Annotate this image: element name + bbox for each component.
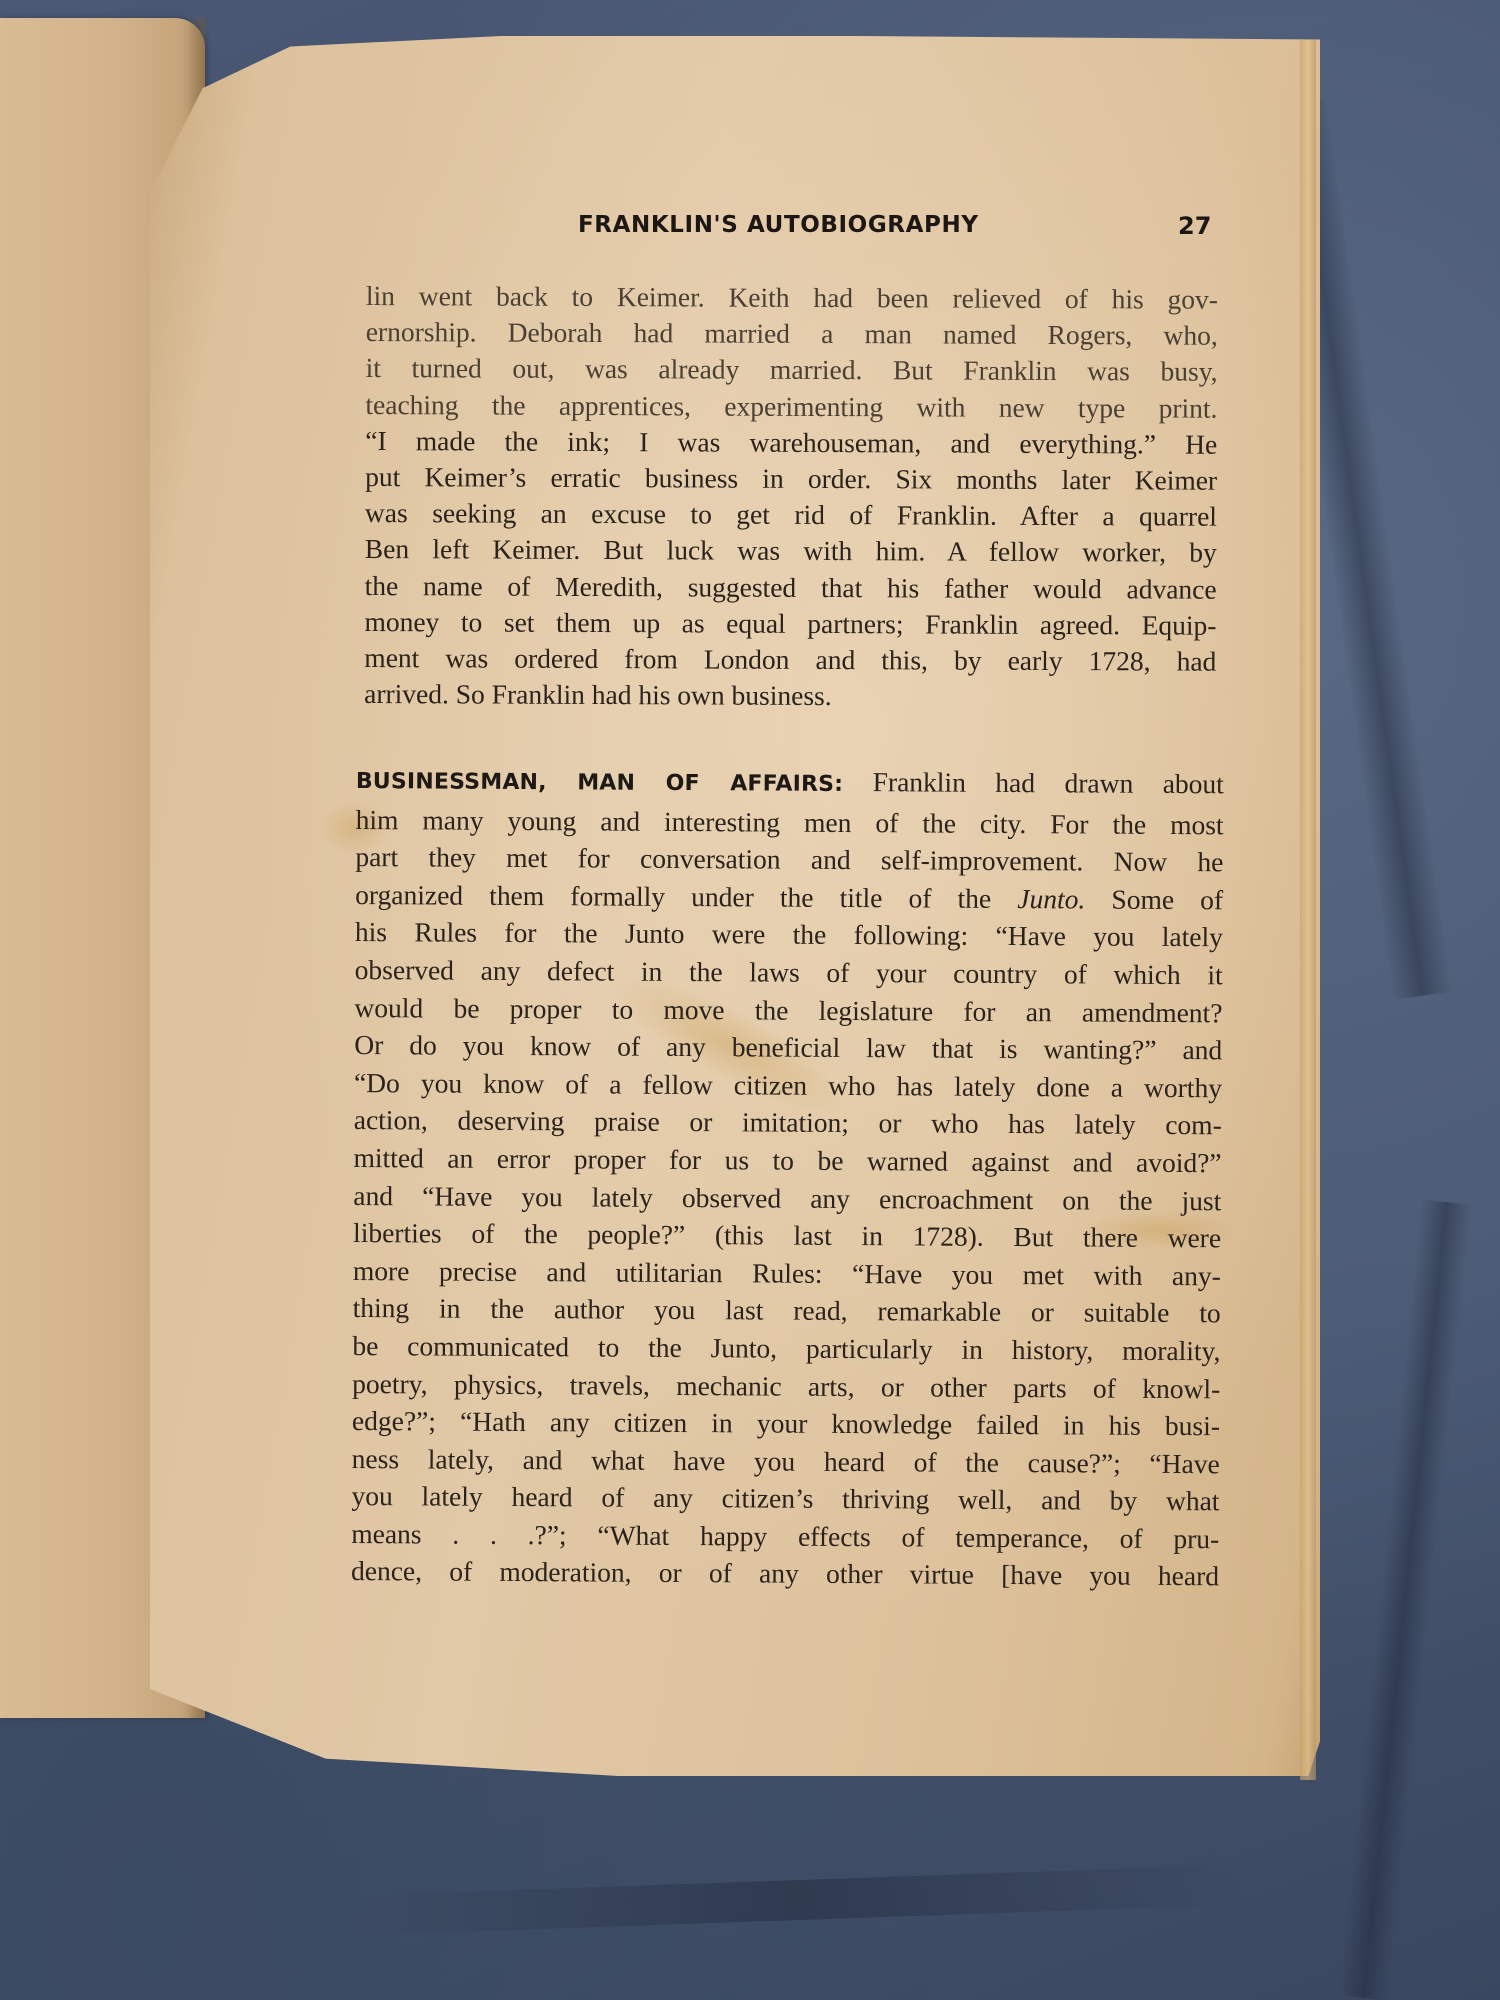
text-line: liberties of the people?” (this last in …	[353, 1214, 1221, 1257]
text-fragment: Some of	[1085, 883, 1223, 915]
text-line: Ben left Keimer. But luck was with him. …	[365, 531, 1217, 571]
text-line: put Keimer’s erratic business in order. …	[365, 459, 1217, 499]
text-line: his Rules for the Junto were the followi…	[355, 913, 1223, 956]
text-line: thing in the author you last read, remar…	[353, 1289, 1221, 1332]
text-line: Or do you know of any beneficial law tha…	[354, 1026, 1222, 1069]
section-businessman: BUSINESSMAN, MAN OF AFFAIRS: Franklin ha…	[351, 760, 1224, 1595]
text-line: and “Have you lately observed any encroa…	[353, 1177, 1221, 1220]
text-line: ernorship. Deborah had married a man nam…	[366, 314, 1218, 354]
text-line: more precise and utilitarian Rules: “Hav…	[353, 1252, 1221, 1295]
text-line: means . . .?”; “What happy effects of te…	[351, 1515, 1219, 1558]
text-line: was seeking an excuse to get rid of Fran…	[365, 495, 1217, 535]
text-line: the name of Meredith, suggested that his…	[365, 568, 1217, 608]
text-line: him many young and interesting men of th…	[356, 801, 1224, 844]
section-heading: BUSINESSMAN, MAN OF AFFAIRS:	[356, 769, 843, 797]
text-line: ment was ordered from London and this, b…	[364, 640, 1216, 680]
italic-term: Junto.	[1017, 883, 1085, 914]
text-line: action, deserving praise or imitation; o…	[354, 1101, 1222, 1144]
section-first-line: BUSINESSMAN, MAN OF AFFAIRS: Franklin ha…	[356, 760, 1224, 806]
text-line: you lately heard of any citizen’s thrivi…	[351, 1477, 1219, 1520]
fabric-fold	[1338, 1200, 1471, 2000]
text-fragment: organized them formally under the title …	[355, 879, 1017, 914]
fabric-fold	[350, 1864, 1251, 1935]
text-line-with-italic: organized them formally under the title …	[355, 876, 1223, 919]
running-head: FRANKLIN'S AUTOBIOGRAPHY	[578, 212, 979, 238]
page-number: 27	[1178, 212, 1211, 240]
text-line: it turned out, was already married. But …	[366, 350, 1218, 390]
paragraph-continued: lin went back to Keimer. Keith had been …	[364, 278, 1218, 716]
text-line: money to set them up as equal partners; …	[364, 604, 1216, 644]
text-line: mitted an error proper for us to be warn…	[353, 1139, 1221, 1182]
text-line: ness lately, and what have you heard of …	[352, 1440, 1220, 1483]
text-line: lin went back to Keimer. Keith had been …	[366, 278, 1218, 318]
text-line: “I made the ink; I was warehouseman, and…	[365, 423, 1217, 463]
page-edge	[1300, 40, 1316, 1780]
text-line: part they met for conversation and self-…	[355, 838, 1223, 881]
text-line: dence, of moderation, or of any other vi…	[351, 1552, 1219, 1595]
text-line: be communicated to the Junto, particular…	[352, 1327, 1220, 1370]
text-line: teaching the apprentices, experimenting …	[365, 387, 1217, 427]
text-line: arrived. So Franklin had his own busines…	[364, 676, 1216, 716]
text-line: poetry, physics, travels, mechanic arts,…	[352, 1364, 1220, 1407]
text-line: would be proper to move the legislature …	[354, 989, 1222, 1032]
text-line: observed any defect in the laws of your …	[355, 951, 1223, 994]
text-line: “Do you know of a fellow citizen who has…	[354, 1064, 1222, 1107]
text-fragment: Franklin had drawn about	[843, 766, 1224, 799]
text-line: edge?”; “Hath any citizen in your knowle…	[352, 1402, 1220, 1445]
